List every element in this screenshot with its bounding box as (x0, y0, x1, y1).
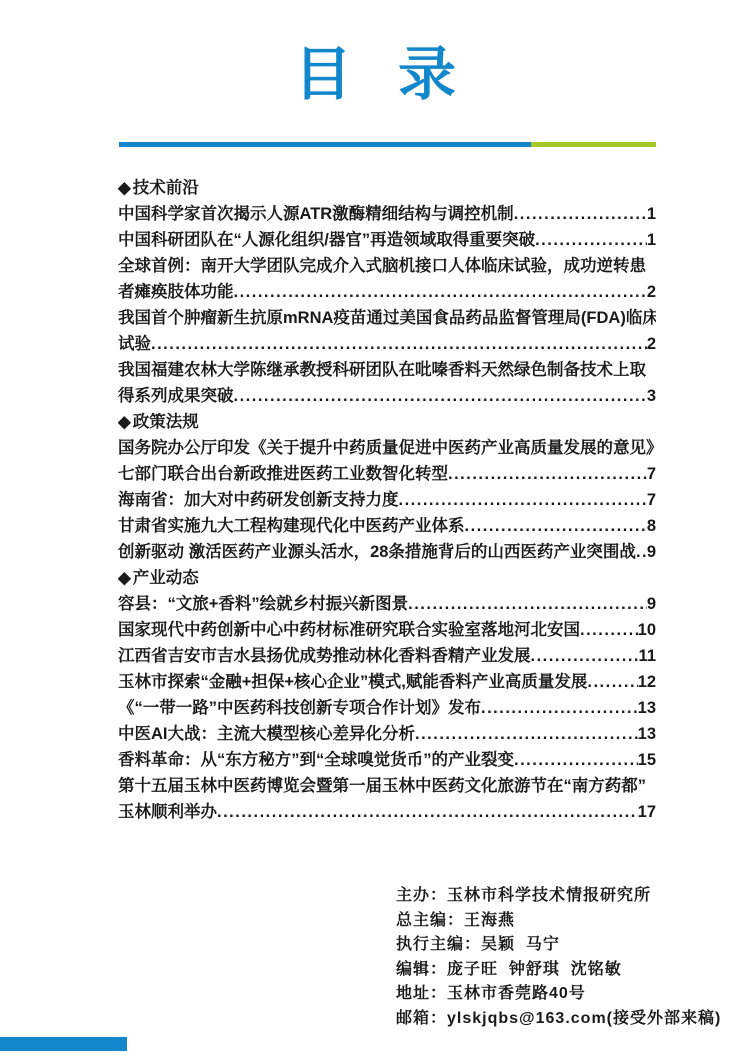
section-diamond-icon: ◆ (118, 569, 131, 587)
bottom-accent-bar (0, 1037, 127, 1051)
toc-entry: 国务院办公厅印发《关于提升中药质量促进中医药产业高质量发展的意见》.......… (118, 435, 656, 461)
toc-entry: 七部门联合出台新政推进医药工业数智化转型....................… (118, 461, 656, 487)
toc-entry: 香料革命：从“东方秘方”到“全球嗅觉货币”的产业裂变..............… (118, 747, 656, 773)
toc-entry-text: 国务院办公厅印发《关于提升中药质量促进中医药产业高质量发展的意见》 (118, 435, 656, 461)
toc-entry-text: 容县：“文旅+香料”绘就乡村振兴新图景 (118, 591, 408, 617)
toc-page-number: 17 (638, 799, 656, 825)
title-char-2: 录 (398, 42, 456, 107)
toc-entry-text: 江西省吉安市吉水县扬优成势推动林化香料香精产业发展 (118, 643, 531, 669)
section-diamond-icon: ◆ (118, 413, 131, 431)
toc-entry: 中国科研团队在“人源化组织/器官”再造领域取得重要突破.............… (118, 227, 656, 253)
toc-entry: 者瘫痪肢体功能.................................… (118, 279, 656, 305)
toc-page-number: 13 (638, 695, 656, 721)
toc-page: 目录 ◆技术前沿中国科学家首次揭示人源ATR激酶精细结构与调控机制.......… (0, 0, 750, 1061)
footer-line: 执行主编：吴颖 马宁 (396, 933, 721, 958)
section-diamond-icon: ◆ (118, 179, 131, 197)
title-char-1: 目 (294, 42, 352, 107)
toc-page-number: 13 (638, 721, 656, 747)
publication-info: 主办：玉林市科学技术情报研究所总主编：王海燕执行主编：吴颖 马宁编辑：庞子旺 钟… (396, 884, 721, 1031)
toc-entry-text: 海南省：加大对中药研发创新支持力度 (118, 487, 399, 513)
toc-entry-text: 七部门联合出台新政推进医药工业数智化转型 (118, 461, 448, 487)
toc-entry-text: 甘肃省实施九大工程构建现代化中医药产业体系 (118, 513, 465, 539)
dot-leader: ........................................… (415, 721, 638, 747)
divider-blue-segment (119, 142, 531, 147)
toc-entry-text: 玉林市探索“金融+担保+核心企业”模式,赋能香料产业高质量发展 (118, 669, 587, 695)
toc-entry-text: 创新驱动 激活医药产业源头活水，28条措施背后的山西医药产业突围战 (118, 539, 636, 565)
dot-leader: ........................................… (234, 383, 647, 409)
toc-entry: 中医AI大战：主流大模型核心差异化分析.....................… (118, 721, 656, 747)
toc-entry-text: 香料革命：从“东方秘方”到“全球嗅觉货币”的产业裂变 (118, 747, 514, 773)
toc-page-number: 9 (647, 591, 656, 617)
toc-page-number: 8 (647, 513, 656, 539)
footer-line: 编辑：庞子旺 钟舒琪 沈铭敏 (396, 958, 721, 983)
toc-page-number: 2 (647, 279, 656, 305)
toc-entry: 海南省：加大对中药研发创新支持力度.......................… (118, 487, 656, 513)
dot-leader: ........................................… (448, 461, 647, 487)
section-header: ◆政策法规 (118, 409, 656, 435)
toc-entry: 创新驱动 激活医药产业源头活水，28条措施背后的山西医药产业突围战.......… (118, 539, 656, 565)
toc-page-number: 1 (647, 227, 656, 253)
toc-entry: 甘肃省实施九大工程构建现代化中医药产业体系...................… (118, 513, 656, 539)
toc-entry-text: 中国科学家首次揭示人源ATR激酶精细结构与调控机制 (118, 201, 514, 227)
toc-page-number: 2 (647, 331, 656, 357)
dot-leader: ........................................… (465, 513, 647, 539)
dot-leader: ........................................… (587, 669, 637, 695)
toc-entry-text: 《“一带一路”中医药科技创新专项合作计划》发布 (118, 695, 481, 721)
toc-entry: 玉林市探索“金融+担保+核心企业”模式,赋能香料产业高质量发展.........… (118, 669, 656, 695)
toc-page-number: 7 (647, 461, 656, 487)
toc-page-number: 7 (647, 487, 656, 513)
dot-leader: ........................................… (481, 695, 638, 721)
toc-entry-line: 我国首个肿瘤新生抗原mRNA疫苗通过美国食品药品监督管理局(FDA)临床 (118, 305, 656, 331)
dot-leader: ........................................… (636, 539, 647, 565)
toc-entry-text: 玉林顺利举办 (118, 799, 217, 825)
page-title: 目录 (0, 42, 750, 108)
dot-leader: ........................................… (514, 747, 638, 773)
dot-leader: ........................................… (408, 591, 647, 617)
toc-page-number: 9 (647, 539, 656, 565)
toc-page-number: 11 (639, 643, 656, 669)
toc-entry: 国家现代中药创新中心中药材标准研究联合实验室落地河北安国............… (118, 617, 656, 643)
toc-entry: 江西省吉安市吉水县扬优成势推动林化香料香精产业发展...............… (118, 643, 656, 669)
dot-leader: ........................................… (514, 201, 647, 227)
toc-entry: 玉林顺利举办..................................… (118, 799, 656, 825)
toc-entry: 得系列成果突破.................................… (118, 383, 656, 409)
dot-leader: ........................................… (580, 617, 638, 643)
toc-page-number: 10 (638, 617, 656, 643)
section-title: 政策法规 (133, 413, 199, 431)
toc-entry-text: 者瘫痪肢体功能 (118, 279, 234, 305)
toc-page-number: 12 (638, 669, 656, 695)
footer-line: 主办：玉林市科学技术情报研究所 (396, 884, 721, 909)
toc-entry-text: 得系列成果突破 (118, 383, 234, 409)
toc-entry-text: 试验 (118, 331, 151, 357)
toc-entry-text: 国家现代中药创新中心中药材标准研究联合实验室落地河北安国 (118, 617, 580, 643)
dot-leader: ........................................… (234, 279, 647, 305)
toc-page-number: 15 (638, 747, 656, 773)
title-divider (119, 142, 656, 147)
footer-line: 邮箱：ylskjqbs@163.com(接受外部来稿) (396, 1007, 721, 1032)
toc-entry-line: 全球首例：南开大学团队完成介入式脑机接口人体临床试验，成功逆转患 (118, 253, 656, 279)
toc-entry-line: 第十五届玉林中医药博览会暨第一届玉林中医药文化旅游节在“南方药都” (118, 773, 656, 799)
toc-page-number: 1 (647, 201, 656, 227)
section-header: ◆技术前沿 (118, 175, 656, 201)
footer-line: 地址：玉林市香莞路40号 (396, 982, 721, 1007)
section-title: 产业动态 (133, 569, 199, 587)
toc-page-number: 3 (647, 383, 656, 409)
toc-entry: 《“一带一路”中医药科技创新专项合作计划》发布.................… (118, 695, 656, 721)
dot-leader: ........................................… (217, 799, 638, 825)
toc-entry-text: 中医AI大战：主流大模型核心差异化分析 (118, 721, 415, 747)
section-header: ◆产业动态 (118, 565, 656, 591)
toc-entry: 试验......................................… (118, 331, 656, 357)
toc-entry: 容县：“文旅+香料”绘就乡村振兴新图景.....................… (118, 591, 656, 617)
dot-leader: ........................................… (399, 487, 647, 513)
toc-entry-line: 我国福建农林大学陈继承教授科研团队在吡嗪香料天然绿色制备技术上取 (118, 357, 656, 383)
divider-green-segment (531, 142, 656, 147)
footer-line: 总主编：王海燕 (396, 909, 721, 934)
dot-leader: ........................................… (151, 331, 647, 357)
toc-entry-text: 中国科研团队在“人源化组织/器官”再造领域取得重要突破 (118, 227, 535, 253)
toc-entry: 中国科学家首次揭示人源ATR激酶精细结构与调控机制...............… (118, 201, 656, 227)
dot-leader: ........................................… (535, 227, 647, 253)
section-title: 技术前沿 (133, 179, 199, 197)
toc: ◆技术前沿中国科学家首次揭示人源ATR激酶精细结构与调控机制..........… (118, 175, 656, 825)
dot-leader: ........................................… (531, 643, 639, 669)
